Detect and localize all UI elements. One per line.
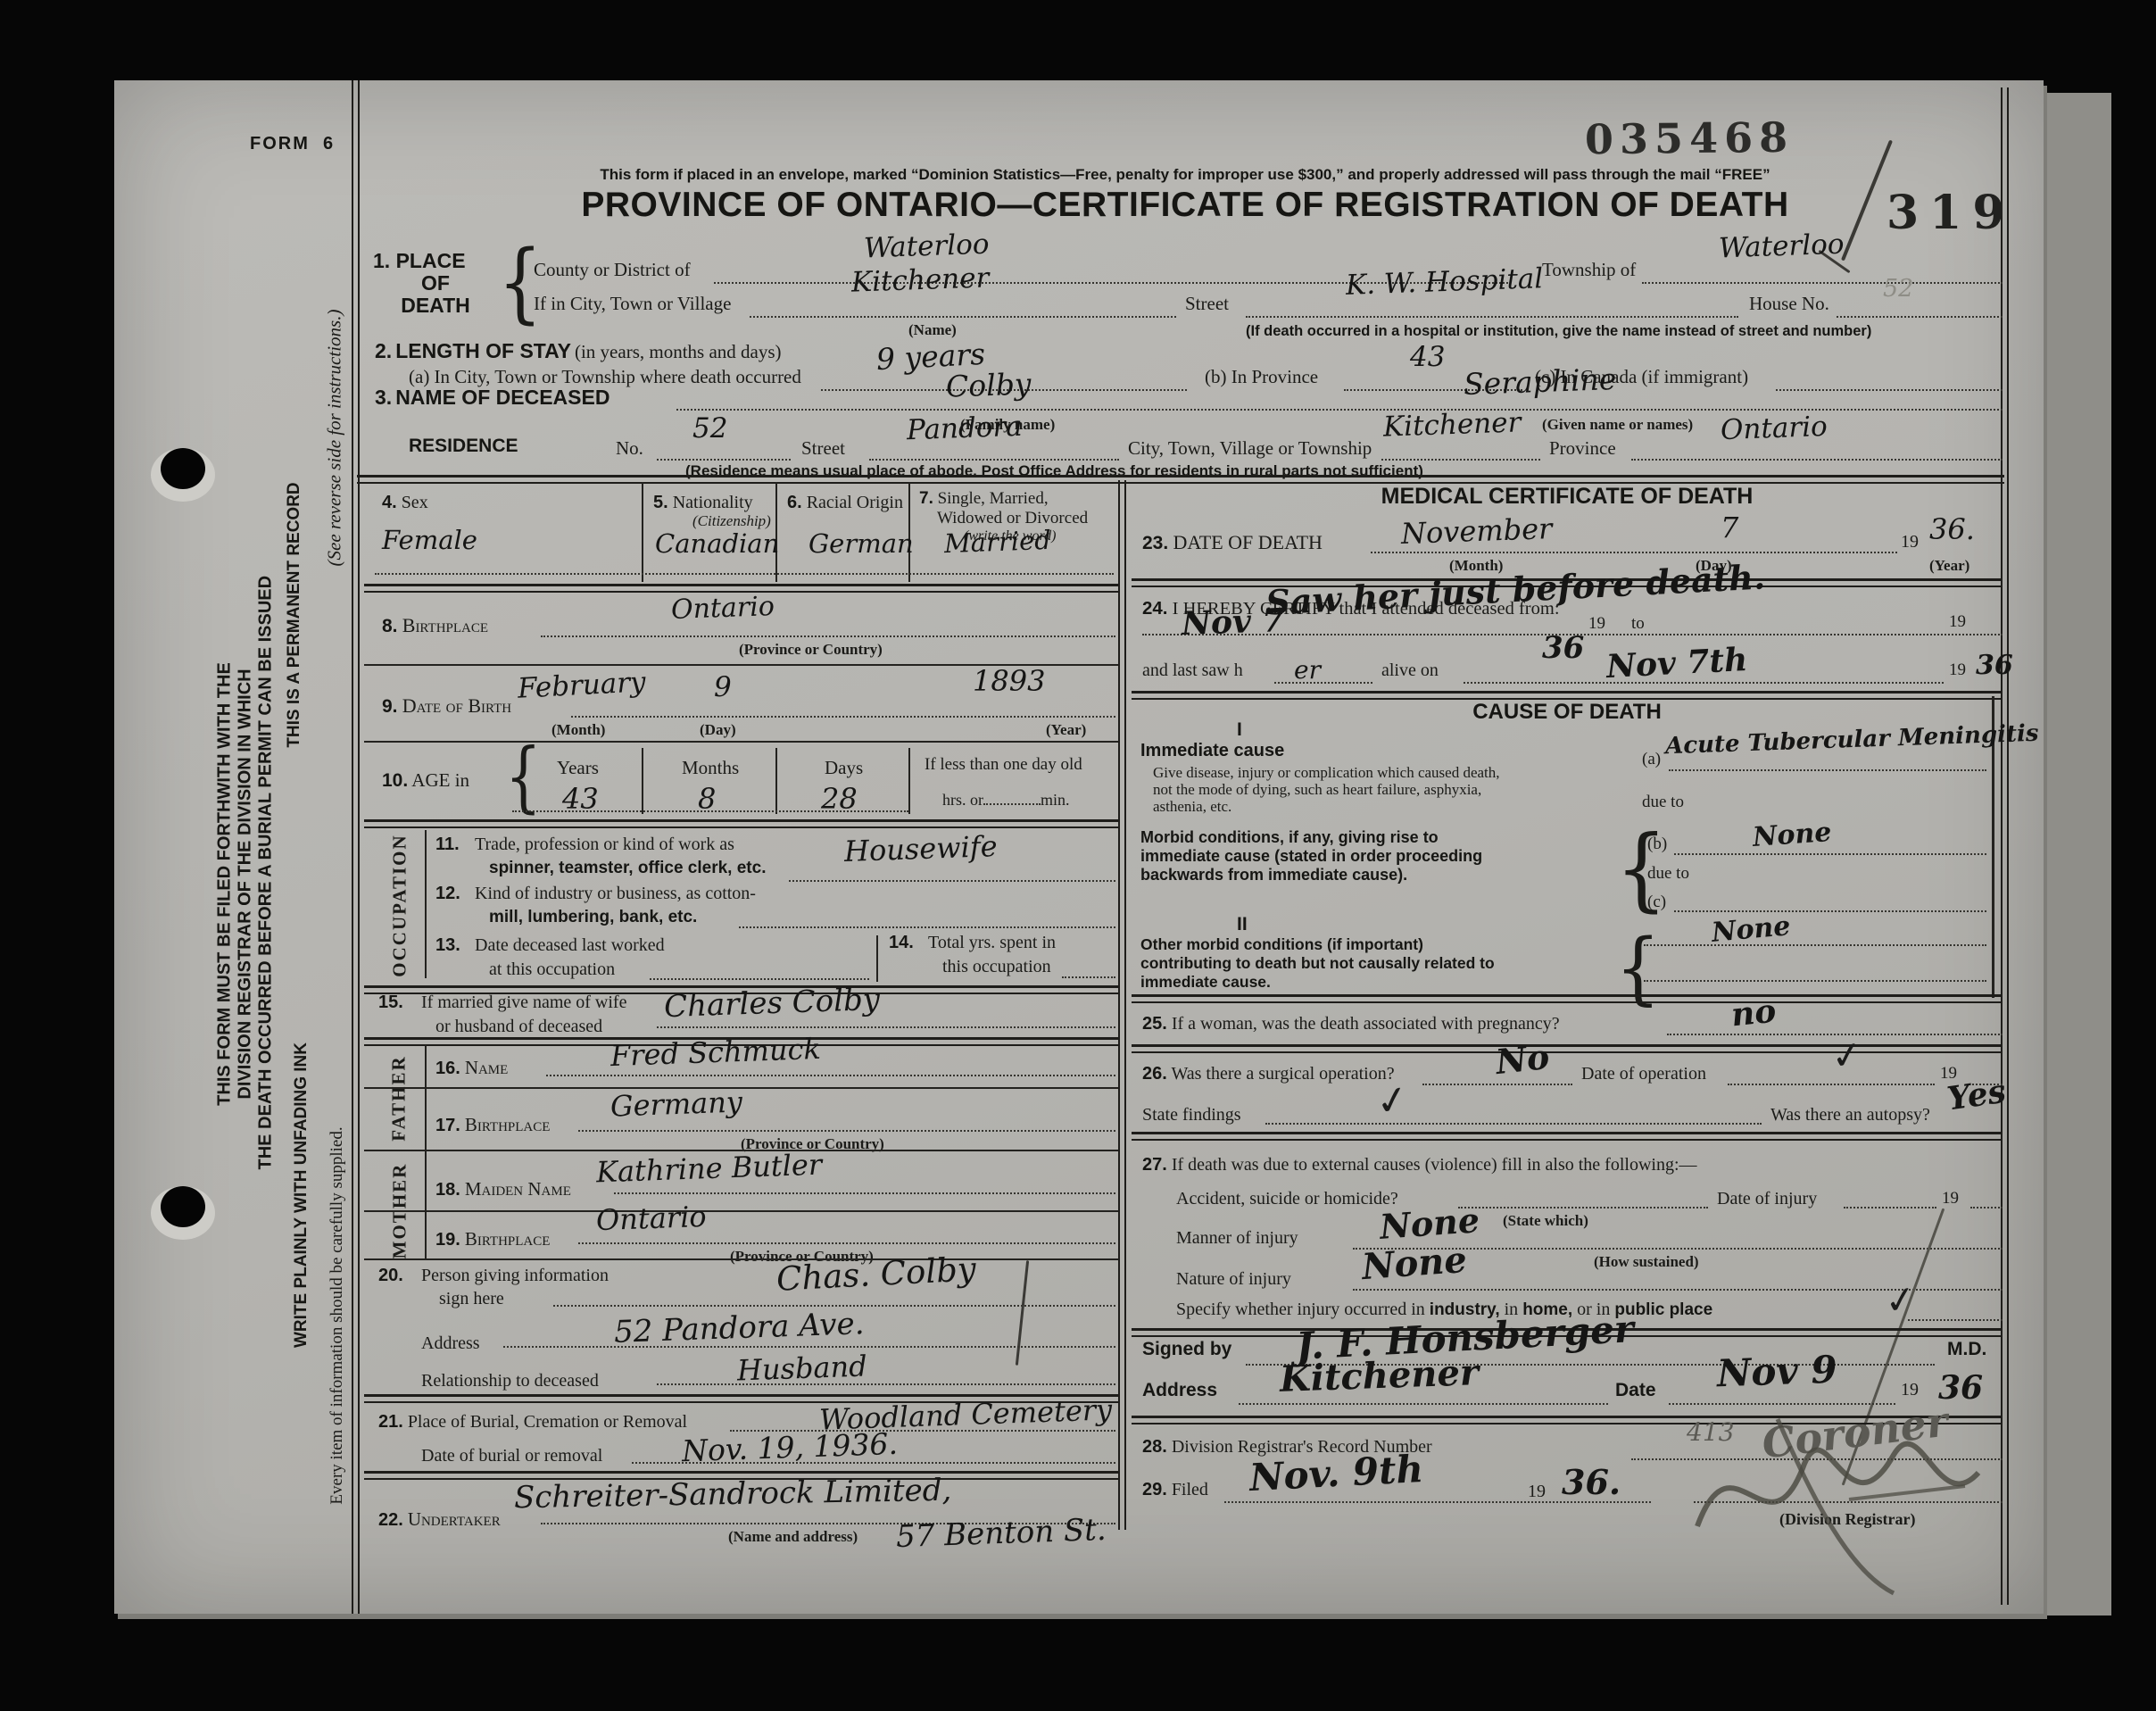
- morbid-label: Morbid conditions, if any, giving rise t…: [1140, 828, 1515, 885]
- last-saw-her: er: [1294, 655, 1321, 685]
- physician-address-label: Address: [1142, 1380, 1217, 1401]
- item15-line2: or husband of deceased: [435, 1017, 602, 1037]
- mother-birthplace-value: Ontario: [595, 1200, 707, 1237]
- operation-label: 26. Was there a surgical operation?: [1142, 1064, 1395, 1084]
- house-no-value: 52: [1883, 275, 1913, 303]
- residence-city-line: [1381, 459, 1540, 461]
- street-line: [1246, 316, 1738, 318]
- pregnancy-label: 25. If a woman, was the death associated…: [1142, 1014, 1560, 1034]
- rule-under-9: [364, 741, 1118, 743]
- father-name-label: 16. Name: [435, 1057, 508, 1079]
- city-value: Kitchener: [850, 262, 990, 298]
- findings-label: State findings: [1142, 1105, 1241, 1125]
- item14-line1: Total yrs. spent in: [928, 933, 1056, 953]
- mother-birthplace-line: [578, 1242, 1115, 1244]
- item20-no: 20.: [378, 1266, 403, 1286]
- filed-year-value: 36.: [1562, 1462, 1621, 1502]
- street-value: K. W. Hospital: [1345, 262, 1543, 302]
- operation-date-line: [1728, 1084, 1935, 1085]
- residence-street-value: Pandora: [906, 411, 1023, 447]
- birth-day-note: (Day): [700, 721, 736, 739]
- birthplace-value: Ontario: [670, 591, 775, 626]
- other-morbid-line2: [1644, 980, 1986, 982]
- filed-year-prefix: 19: [1528, 1482, 1546, 1502]
- residence-city-label: City, Town, Village or Township: [1128, 437, 1372, 460]
- other-morbid-label: Other morbid conditions (if important) c…: [1140, 935, 1506, 992]
- name-of-deceased-label: 3. NAME OF DECEASED: [375, 386, 609, 410]
- certificate-page: FORM 6 THIS FORM MUST BE FILED FORTHWITH…: [114, 80, 2044, 1614]
- envelope-note: This form if placed in an envelope, mark…: [364, 166, 2006, 184]
- birthplace-label: 8. Birthplace: [382, 614, 488, 637]
- informant-address-label: Address: [421, 1333, 480, 1354]
- father-birthplace-value: Germany: [609, 1084, 742, 1123]
- father-name-value: Fred Schmuck: [609, 1032, 821, 1073]
- last-saw-label: and last saw h: [1142, 660, 1243, 681]
- margin-note-every-item: Every item of information should be care…: [328, 1084, 347, 1548]
- cause-due1: due to: [1642, 793, 1684, 812]
- item11-line: [789, 880, 1115, 882]
- marital-label: 7. Single, Married,: [919, 489, 1049, 509]
- residence-no-value: 52: [692, 412, 727, 444]
- house-no-label: House No.: [1749, 293, 1829, 315]
- father-name-line: [546, 1075, 1115, 1076]
- accident-line: [1458, 1207, 1708, 1208]
- racial-origin-label: 6. Racial Origin: [787, 493, 903, 513]
- age-rule-3: [908, 748, 910, 814]
- page-title: PROVINCE OF ONTARIO—CERTIFICATE OF REGIS…: [364, 186, 2006, 225]
- place-of-death-label: 1. PLACE OF DEATH: [373, 250, 498, 317]
- stay-b-value: 43: [1410, 341, 1445, 373]
- autopsy-label: Was there an autopsy?: [1770, 1105, 1930, 1125]
- mother-birthplace-label: 19. Birthplace: [435, 1228, 550, 1250]
- date-of-birth-line: [571, 716, 1115, 718]
- racial-origin-value: German: [808, 528, 914, 559]
- injury-date-line: [1844, 1207, 1936, 1208]
- residence-street-label: Street: [801, 437, 845, 460]
- signed-date-value: Nov 9: [1716, 1348, 1837, 1396]
- township-value: Waterloo: [1718, 228, 1845, 265]
- occupation-side-label: OCCUPATION: [389, 826, 411, 986]
- operation-line: [1422, 1084, 1572, 1085]
- city-name-note: (Name): [908, 321, 957, 339]
- age-label: 10. AGE in: [382, 769, 469, 792]
- item13-line: [650, 978, 869, 980]
- birth-year-value: 1893: [973, 664, 1045, 698]
- state-which-note: (State which): [1503, 1212, 1588, 1230]
- form-number-label: FORM 6: [250, 134, 335, 154]
- item15-line: [657, 1026, 1115, 1028]
- item14-line: [1062, 976, 1115, 978]
- house-no-line: [1837, 316, 2003, 318]
- rule-under-24: [1132, 691, 2003, 700]
- cause-a-line: [1669, 769, 1986, 771]
- informant-rel-value: Husband: [736, 1349, 867, 1387]
- undertaker-value: Schreiter-Sandrock Limited,: [514, 1473, 952, 1516]
- undertaker-address-value: 57 Benton St.: [895, 1512, 1107, 1555]
- item14-line2: this occupation: [942, 957, 1051, 977]
- age-rule-2: [775, 748, 777, 814]
- signed-date-label: Date: [1615, 1380, 1656, 1401]
- date-of-death-label: 23. DATE OF DEATH: [1142, 531, 1323, 554]
- item11-value: Housewife: [843, 829, 998, 868]
- accident-label: Accident, suicide or homicide?: [1176, 1189, 1398, 1209]
- informant-rel-label: Relationship to deceased: [421, 1371, 599, 1391]
- birth-month-note: (Month): [551, 721, 605, 739]
- column-divider-rule: [1118, 480, 1126, 1530]
- street-label: Street: [1185, 293, 1229, 315]
- item11-no: 11.: [435, 835, 460, 855]
- item20-line1: Person giving information: [421, 1266, 609, 1286]
- stay-c-line: [1776, 389, 2003, 391]
- birth-day-value: 9: [714, 671, 732, 703]
- age-years-header: Years: [557, 757, 599, 779]
- birth-year-note: (Year): [1046, 721, 1086, 739]
- birth-month-value: February: [517, 666, 646, 704]
- immediate-cause-note: Give disease, injury or complication whi…: [1153, 764, 1503, 815]
- item12-no: 12.: [435, 884, 460, 904]
- burial-label: 21. Place of Burial, Cremation or Remova…: [378, 1412, 687, 1433]
- cell-rule-1: [642, 482, 643, 582]
- residence-no-label: No.: [616, 437, 643, 460]
- county-label: County or District of: [534, 259, 691, 281]
- punch-hole-top: [151, 442, 215, 502]
- cause-a-value: Acute Tubercular Meningitis: [1665, 720, 2039, 760]
- item12-line: [739, 926, 1115, 928]
- scanned-death-certificate: FORM 6 THIS FORM MUST BE FILED FORTHWITH…: [0, 0, 2156, 1711]
- burial-date-label: Date of burial or removal: [421, 1446, 602, 1466]
- death-year-value: 36.: [1929, 512, 1975, 546]
- age-days-header: Days: [825, 757, 863, 779]
- how-sustained-note: (How sustained): [1594, 1253, 1699, 1271]
- age-rule-1: [642, 748, 643, 814]
- injury-year-line: [1970, 1207, 2003, 1208]
- md-label: M.D.: [1947, 1339, 1986, 1360]
- sex-label: 4. Sex: [382, 493, 428, 513]
- item13-line2: at this occupation: [489, 959, 615, 980]
- item13-no: 13.: [435, 935, 460, 956]
- family-name-value: Colby: [945, 366, 1032, 403]
- residence-province-label: Province: [1549, 437, 1616, 460]
- pen-slash-stroke: [1016, 1260, 1029, 1366]
- certify-hw-year: 36: [1542, 630, 1584, 666]
- undertaker-note: (Name and address): [728, 1528, 858, 1546]
- city-label: If in City, Town or Village: [534, 293, 731, 315]
- residence-label: RESIDENCE: [409, 436, 518, 457]
- cause-roman-2: II: [1237, 914, 1248, 935]
- death-year-note: (Year): [1929, 557, 1969, 575]
- father-birthplace-line: [578, 1130, 1115, 1132]
- father-gutter-rule: [425, 1044, 427, 1153]
- township-line: [1642, 282, 2003, 284]
- item12-line1: Kind of industry or business, as cotton-: [475, 884, 756, 904]
- alive-on-label: alive on: [1381, 660, 1439, 681]
- findings-line: [1265, 1123, 1762, 1125]
- nationality-note: (Citizenship): [692, 512, 771, 530]
- margin-note-permanent-record: THIS IS A PERMANENT RECORD: [285, 481, 304, 749]
- injury-year: 19: [1942, 1189, 1959, 1208]
- mother-maiden-line: [614, 1192, 1115, 1194]
- date-of-birth-label: 9. Date of Birth: [382, 694, 511, 718]
- rule-under-26: [1132, 1132, 2003, 1141]
- other-morbid-value: None: [1711, 910, 1792, 949]
- section-divider-rule: [357, 475, 2004, 484]
- marital-value: Married: [943, 525, 1051, 559]
- findings-check: ✓: [1372, 1076, 1413, 1126]
- margin-note-write-plainly: WRITE PLAINLY WITH UNFADING INK: [292, 1036, 311, 1354]
- immediate-cause-label: Immediate cause: [1140, 741, 1284, 761]
- residence-province-value: Ontario: [1720, 411, 1828, 446]
- informant-address-line: [503, 1346, 1115, 1348]
- other-morbid-line1: [1644, 944, 1986, 946]
- form-number: 6: [323, 134, 335, 154]
- name-line: [676, 409, 2003, 411]
- filed-date-value: Nov. 9th: [1248, 1447, 1424, 1499]
- underlying-sheet-edge: [2036, 93, 2111, 1615]
- residence-province-line: [1631, 459, 2003, 461]
- cause-a-label: (a): [1642, 750, 1661, 769]
- item12-line2: mill, lumbering, bank, etc.: [489, 908, 697, 927]
- residence-street-line: [869, 459, 1119, 461]
- mother-gutter-rule: [425, 1153, 427, 1260]
- given-name-value: Seraphine: [1463, 361, 1617, 402]
- birthplace-line: [541, 635, 1115, 637]
- age-brace: {: [505, 733, 542, 822]
- autopsy-value: Yes: [1945, 1073, 2008, 1118]
- sex-value: Female: [382, 525, 477, 555]
- margin-note-filing: THIS FORM MUST BE FILED FORTHWITH WITH T…: [215, 599, 277, 1170]
- cause-b-label: (b): [1647, 835, 1667, 854]
- occupation-gutter-rule: [425, 830, 427, 978]
- nationality-label: 5. Nationality: [653, 493, 753, 513]
- item15-line1: If married give name of wife: [421, 993, 626, 1013]
- external-causes-heading: 27. If death was due to external causes …: [1142, 1155, 1697, 1175]
- age-bottom-line: [512, 810, 908, 812]
- punch-hole-bottom: [151, 1180, 215, 1240]
- alive-on-value: Nov 7th: [1605, 641, 1748, 685]
- stay-b-label: (b) In Province: [1205, 366, 1318, 388]
- operation-date-label: Date of operation: [1581, 1064, 1706, 1084]
- certify-year3: 19: [1949, 660, 1966, 680]
- cause-c-label: (c): [1647, 893, 1666, 912]
- rule-under-19: [364, 1258, 1118, 1260]
- item15-no: 15.: [378, 993, 403, 1013]
- county-value: Waterloo: [863, 228, 990, 265]
- cause-due2: due to: [1647, 864, 1689, 884]
- certify-year2: 19: [1949, 612, 1966, 632]
- death-month-value: November: [1400, 511, 1553, 551]
- age-months-header: Months: [682, 757, 739, 779]
- operation-date-check: ✓: [1828, 1032, 1866, 1079]
- division-registrar-signature: [1671, 1392, 1992, 1598]
- item20-line2: sign here: [439, 1289, 504, 1309]
- item11-line1: Trade, profession or kind of work as: [475, 835, 734, 855]
- informant-address-value: 52 Pandora Ave.: [613, 1306, 865, 1350]
- rule-under-10: [364, 819, 1118, 828]
- township-label: Township of: [1542, 259, 1636, 281]
- birthplace-note: (Province or Country): [739, 641, 883, 659]
- serial-number-stamp: 035468: [1585, 113, 1795, 163]
- undertaker-label: 22. Undertaker: [378, 1508, 501, 1531]
- filed-label: 29. Filed: [1142, 1480, 1208, 1500]
- cause-title: CAUSE OF DEATH: [1132, 700, 2003, 725]
- certify-to: to: [1631, 614, 1645, 634]
- cause-roman-1: I: [1237, 719, 1242, 741]
- last-saw-line-b: [1464, 682, 1944, 684]
- last-saw-line-a: [1274, 682, 1372, 684]
- sheet-number-stamp: 319: [1886, 186, 2016, 240]
- nature-value: None: [1361, 1239, 1469, 1288]
- specify-line: [1908, 1319, 2003, 1321]
- certify-year1: 19: [1588, 614, 1605, 634]
- age-less-label: If less than one day old: [925, 755, 1082, 775]
- residence-city-value: Kitchener: [1382, 406, 1522, 443]
- item15-value: Charles Colby: [663, 982, 880, 1025]
- manner-label: Manner of injury: [1176, 1228, 1298, 1249]
- specify-check: ✓: [1882, 1276, 1920, 1324]
- cause-b-value: None: [1752, 817, 1833, 853]
- place-brace: {: [498, 233, 543, 334]
- margin-divider-rule: [352, 80, 360, 1614]
- pregnancy-value: no: [1729, 992, 1778, 1034]
- death-day-value: 7: [1721, 511, 1738, 544]
- signed-by-label: Signed by: [1142, 1339, 1231, 1360]
- physician-address-value: Kitchener: [1279, 1351, 1479, 1400]
- age-hrs-min: hrs. ormin.: [942, 791, 1070, 810]
- item14-no: 14.: [889, 933, 914, 953]
- item13-14-divider: [876, 935, 878, 982]
- father-birthplace-label: 17. Birthplace: [435, 1114, 550, 1136]
- physician-address-line: [1239, 1403, 1608, 1405]
- death-year-prefix: 19: [1901, 532, 1919, 552]
- rule-under-25: [1132, 1044, 2003, 1053]
- city-line: [750, 316, 1176, 318]
- item13-line1: Date deceased last worked: [475, 935, 665, 956]
- margin-note-see-reverse: (See reverse side for instructions.): [324, 269, 346, 608]
- informant-rel-line: [657, 1383, 1115, 1385]
- injury-date-label: Date of injury: [1717, 1189, 1817, 1209]
- cause-c-line: [1674, 910, 1986, 912]
- operation-value: No: [1494, 1036, 1551, 1082]
- rule-under-cause: [1132, 994, 2003, 1003]
- right-border-rule: [2001, 87, 2009, 1605]
- cells-bottom-line: [375, 573, 1114, 575]
- certify-from-value: Nov 7: [1181, 602, 1285, 643]
- father-side-label: FATHER: [388, 1050, 410, 1148]
- residence-no-line: [657, 459, 791, 461]
- nature-label: Nature of injury: [1176, 1269, 1291, 1290]
- nationality-value: Canadian: [655, 528, 779, 559]
- length-of-stay-label: 2. LENGTH OF STAY (in years, months and …: [375, 339, 782, 363]
- street-note: (If death occurred in a hospital or inst…: [1246, 323, 1871, 340]
- date-of-death-line: [1371, 552, 1897, 553]
- item11-line2: spinner, teamster, office clerk, etc.: [489, 859, 766, 878]
- certify-hw-year3: 36: [1976, 650, 2013, 681]
- cause-b-line: [1674, 853, 1986, 855]
- mother-maiden-label: 18. Maiden Name: [435, 1178, 571, 1200]
- medical-title: MEDICAL CERTIFICATE OF DEATH: [1132, 484, 2003, 510]
- rule-under-18: [364, 1210, 1118, 1212]
- mother-maiden-value: Kathrine Butler: [595, 1148, 822, 1190]
- given-name-note: (Given name or names): [1542, 416, 1693, 434]
